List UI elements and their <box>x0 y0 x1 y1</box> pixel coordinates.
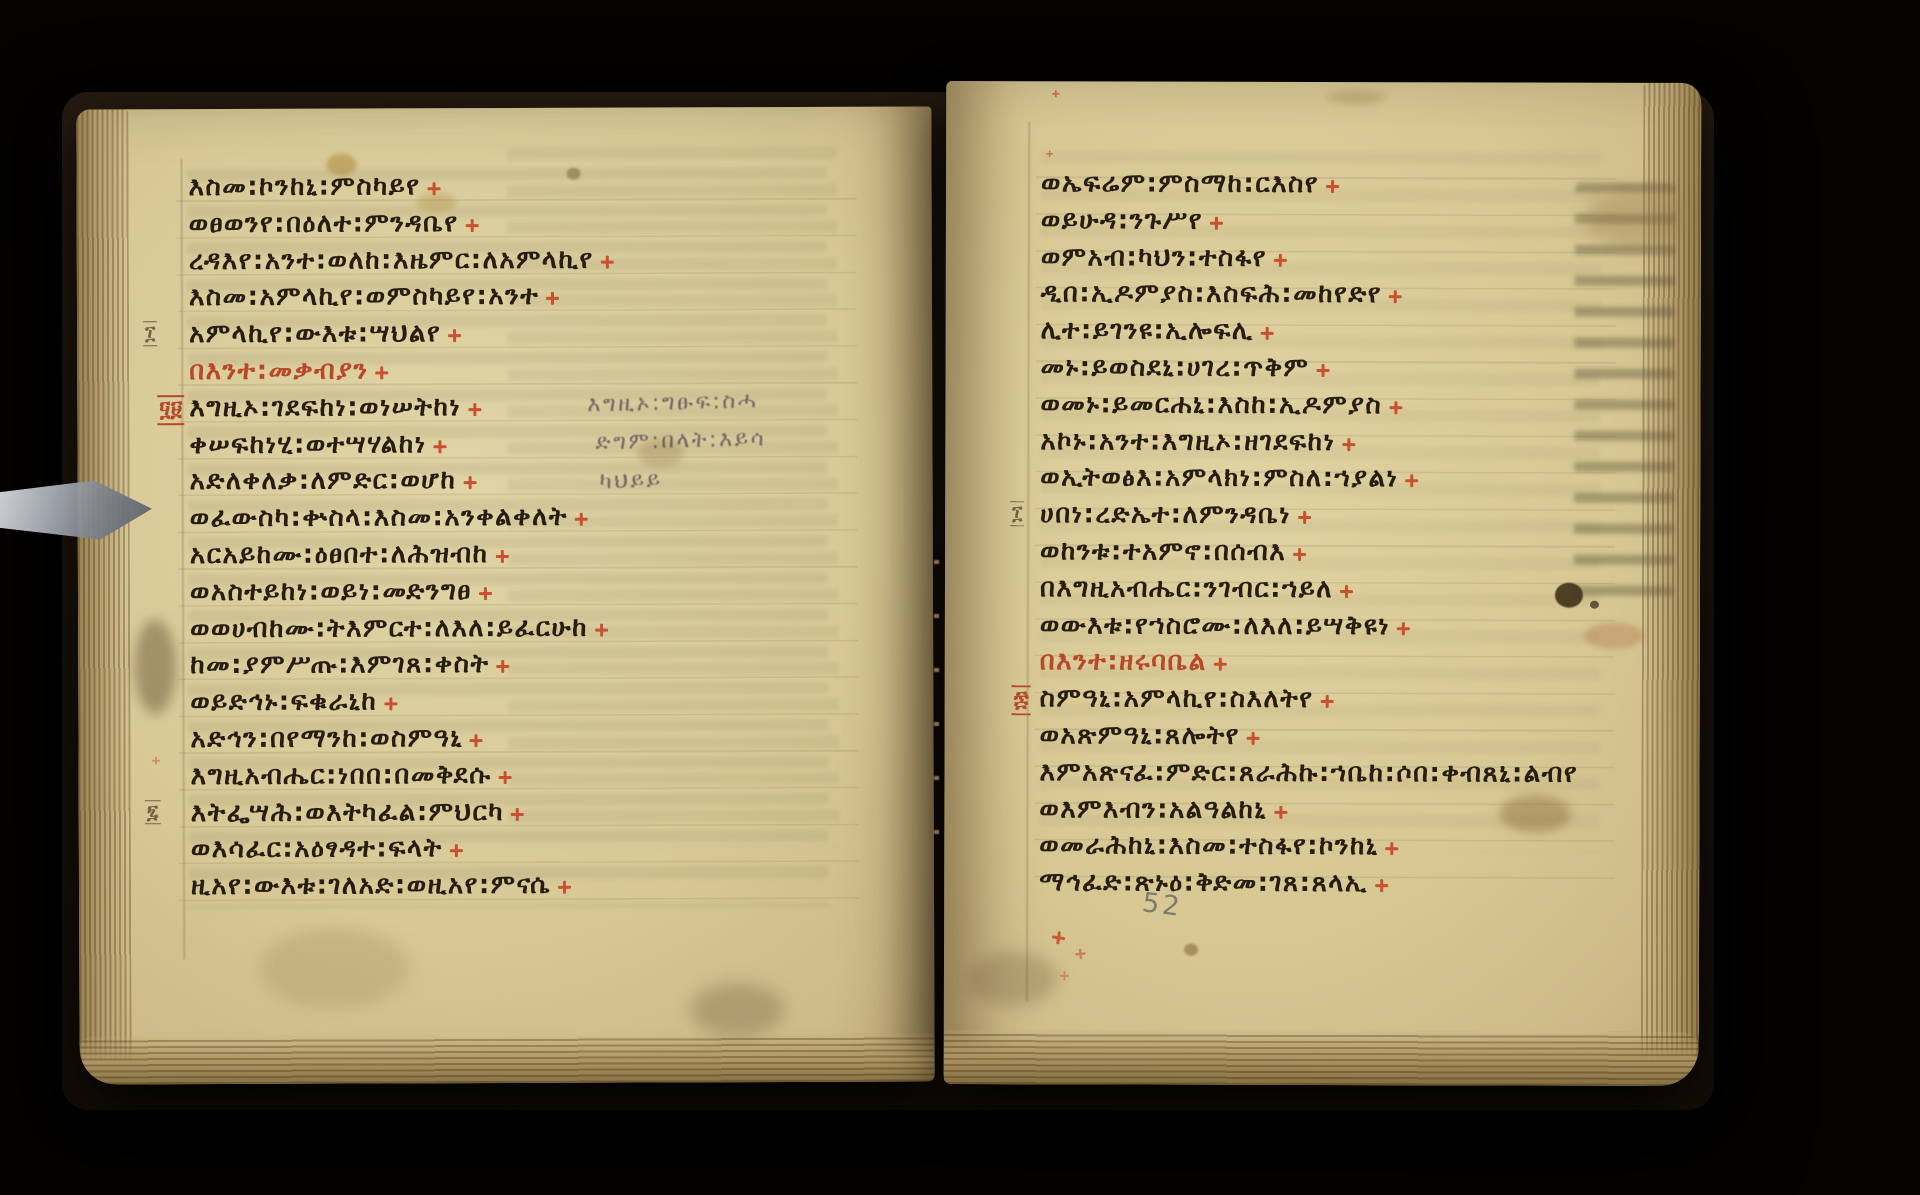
stain <box>689 982 784 1037</box>
geez-text: ወኤፍሬም:ምስማከ:ርእስየ <box>1041 168 1319 199</box>
verse-line: ወፀወንየ:በዕለተ:ምንዳቤየ <box>189 203 889 242</box>
section-mark-icon <box>499 771 512 784</box>
red-speck-mark <box>1052 90 1059 97</box>
verse-line: ሀበነ:ረድኤተ:ለምንዳቤነ <box>1040 496 1680 534</box>
geez-text: እስመ:ኮንከኒ:ምስካይየ <box>189 171 421 202</box>
section-mark-icon <box>575 513 588 526</box>
geez-text: ወአስተይከነ:ወይነ:መድንግፀ <box>190 576 472 607</box>
geez-text: እምአጽናፈ:ምድር:ጸራሕኩ:ኀቤከ:ሶበ:ቀብጸኒ:ልብየ <box>1039 757 1578 788</box>
quire-cross-marks <box>1046 931 1106 1001</box>
verse-line: ወመራሕከኒ:እስመ:ተስፋየ:ኮንከኒ <box>1039 828 1679 866</box>
section-mark-icon <box>1389 401 1402 414</box>
left-page: እስመ:ኮንከኒ:ምስካይየወፀወንየ:በዕለተ:ምንዳቤየረዳእየ:አንተ:ወ… <box>76 107 934 1085</box>
margin-verse-number: ፲ <box>1010 501 1024 526</box>
right-page-text-block: ወኤፍሬም:ምስማከ:ርእስየወይሁዳ:ንጉሥየወምአብ:ካህን:ተስፋየዲበ:… <box>1039 165 1681 903</box>
geez-text: አርአይከሙ:ዕፀበተ:ለሕዝብከ <box>190 539 489 570</box>
verse-line: እስመ:አምላኪየ:ወምስካይየ:አንተ <box>189 277 889 316</box>
geez-text: ወይሁዳ:ንጉሥየ <box>1041 205 1203 235</box>
section-mark-icon <box>1386 843 1399 856</box>
verse-line: ወውእቱ:የኀስሮሙ:ለእለ:ይሣቅዩነ <box>1040 607 1680 645</box>
geez-text: ወምአብ:ካህን:ተስፋየ <box>1041 242 1267 273</box>
verse-line: ወፈውስካ:ቍስላ:እስመ:አንቀልቀለት <box>190 498 890 537</box>
verse-line: አድኅን:በየማንከ:ወስምዓኒ <box>190 719 890 758</box>
verse-line: ሊተ:ይገንዩ:ኢሎፍሊ <box>1041 312 1681 350</box>
geez-text: አድኅን:በየማንከ:ወስምዓኒ <box>190 723 463 754</box>
geez-text: ሀበነ:ረድኤተ:ለምንዳቤነ <box>1040 499 1291 530</box>
section-mark-icon <box>466 219 479 232</box>
geez-text: መኑ:ይወስደኒ:ሀገረ:ጥቅም <box>1041 352 1310 383</box>
section-mark-icon <box>511 807 524 820</box>
verse-line: ማኅፈድ:ጽኑዕ:ቅድመ:ገጸ:ጸላኢ <box>1039 864 1679 902</box>
section-mark-icon <box>1389 291 1402 304</box>
verse-line: አምላኪየ:ውእቱ:ሣህልየ <box>189 314 889 353</box>
verse-line: እትፌሣሕ:ወእትካፈል:ምህርካ <box>191 792 891 831</box>
section-mark-icon <box>427 182 440 195</box>
geez-text: ወውእቱ:የኀስሮሙ:ለእለ:ይሣቅዩነ <box>1040 610 1390 641</box>
verse-line: እግዚአብሔር:ነበበ:በመቅደሱ <box>191 755 891 794</box>
geez-text: ስምዓኒ:አምላኪየ:ስእለትየ <box>1040 683 1314 714</box>
geez-text: ዚአየ:ውእቱ:ገለአድ:ወዚአየ:ምናሴ <box>191 870 551 901</box>
geez-text: ወኢትወፅእ:አምላክነ:ምስለ:ኀያልነ <box>1040 463 1398 494</box>
margin-ruling-line <box>180 159 185 959</box>
geez-text: ወፈውስካ:ቍስላ:እስመ:አንቀልቀለት <box>190 502 568 533</box>
margin-ruling-line <box>1026 121 1030 1001</box>
verse-line: ዲበ:ኢዶምያስ:እስፍሕ:መከየድየ <box>1041 276 1681 314</box>
verse-line: ወአጽምዓኒ:ጸሎትየ <box>1040 717 1680 755</box>
geez-text: ወወሀብከሙ:ትእምርተ:ለእለ:ይፈርሁከ <box>190 612 588 643</box>
section-mark-icon <box>546 292 559 305</box>
red-cross-mark <box>1060 971 1069 980</box>
geez-text: ሊተ:ይገንዩ:ኢሎፍሊ <box>1041 315 1254 346</box>
verse-line: ረዳእየ:አንተ:ወለከ:እዜምር:ለአምላኪየ <box>189 240 889 279</box>
verse-line: በእግዚአብሔር:ንገብር:ኀይለ <box>1040 570 1680 608</box>
margin-verse-number: ፲ <box>143 321 157 346</box>
verse-line: እስመ:ኮንከኒ:ምስካይየ <box>189 167 889 206</box>
section-mark-icon <box>1342 438 1355 451</box>
section-mark-icon <box>468 403 481 416</box>
verse-line: ወመኑ:ይመርሐኒ:እስከ:ኢዶምያስ <box>1040 386 1680 424</box>
section-mark-icon <box>1274 805 1287 818</box>
geez-text: ወእምእብን:አልዓልከኒ <box>1039 794 1267 825</box>
verse-line: መኑ:ይወስደኒ:ሀገረ:ጥቅም <box>1041 349 1681 387</box>
verse-line: ወምአብ:ካህን:ተስፋየ <box>1041 239 1681 277</box>
section-mark-icon <box>1214 658 1227 671</box>
section-mark-icon <box>1247 732 1260 745</box>
page-edge-stack <box>76 109 131 1084</box>
verse-line: አኮኑ:አንተ:እግዚኦ:ዘገደፍከነ <box>1040 423 1680 461</box>
margin-verse-number: ፷ <box>1012 685 1031 715</box>
binding-stitches <box>934 560 939 850</box>
verse-line: አርአይከሙ:ዕፀበተ:ለሕዝብከ <box>190 535 890 574</box>
section-mark-icon <box>595 623 608 636</box>
section-mark-icon <box>463 476 476 489</box>
section-mark-icon <box>1316 364 1329 377</box>
geez-text: እስመ:አምላኪየ:ወምስካይየ:አንተ <box>189 281 539 312</box>
geez-text: ረዳእየ:አንተ:ወለከ:እዜምር:ለአምላኪየ <box>189 244 594 275</box>
geez-text: አድለቀለቃ:ለምድር:ወሆከ <box>190 466 457 497</box>
section-mark-icon <box>601 255 614 268</box>
verse-line: ስምዓኒ:አምላኪየ:ስእለትየ <box>1040 680 1680 718</box>
geez-text: ወአጽምዓኒ:ጸሎትየ <box>1040 720 1240 751</box>
geez-text: ቀሠፍከነሂ:ወተሣሃልከነ <box>189 429 426 460</box>
geez-text: ወከንቱ:ተአምኖ:በሰብእ <box>1040 536 1286 567</box>
stain <box>1326 90 1386 104</box>
geez-text: ዲበ:ኢዶምያስ:እስፍሕ:መከየድየ <box>1041 279 1382 310</box>
pencil-folio-number: 52 <box>1140 887 1184 923</box>
red-speck-mark <box>1046 151 1053 158</box>
section-mark-icon <box>1261 327 1274 340</box>
cursive-gloss-note: ካህይይ <box>599 468 663 495</box>
page-edge-stack <box>944 1030 1699 1086</box>
verse-line: ወከንቱ:ተአምኖ:በሰብእ <box>1040 533 1680 571</box>
page-edge-stack <box>80 1034 935 1085</box>
section-mark-icon <box>1293 548 1306 561</box>
verse-line: ወአስተይከነ:ወይነ:መድንግፀ <box>190 571 890 610</box>
margin-verse-number: ፯ <box>145 800 161 825</box>
section-mark-icon <box>448 329 461 342</box>
geez-text: በእንተ:ዘሩባቤል <box>1040 647 1207 677</box>
verse-line: ወእሳፈር:አዕፃዳተ:ፍላት <box>191 829 891 868</box>
section-mark-icon <box>1298 511 1311 524</box>
verse-line: ወይድኅኑ:ፍቁራኒከ <box>190 682 890 721</box>
geez-text: ወመራሕከኒ:እስመ:ተስፋየ:ኮንከኒ <box>1039 831 1378 862</box>
verse-line: ወኤፍሬም:ምስማከ:ርእስየ <box>1041 165 1681 203</box>
section-mark-icon <box>1397 622 1410 635</box>
section-mark-icon <box>1340 585 1353 598</box>
section-mark-icon <box>1405 475 1418 488</box>
verse-line: አድለቀለቃ:ለምድር:ወሆከ <box>190 461 890 500</box>
section-mark-icon <box>384 698 397 711</box>
geez-text: ወፀወንየ:በዕለተ:ምንዳቤየ <box>189 208 459 239</box>
cursive-gloss-note: ድግም:በላት:እይሳ <box>595 426 766 455</box>
red-speck-mark <box>152 757 160 765</box>
geez-text: ወመኑ:ይመርሐኒ:እስከ:ኢዶምያስ <box>1040 389 1382 420</box>
verse-line: ወይሁዳ:ንጉሥየ <box>1041 202 1681 240</box>
section-mark-icon <box>1210 217 1223 230</box>
section-mark-icon <box>470 734 483 747</box>
section-mark-icon <box>1274 253 1287 266</box>
verse-line: ወእምእብን:አልዓልከኒ <box>1039 791 1679 829</box>
section-mark-icon <box>497 660 510 673</box>
left-page-text-block: እስመ:ኮንከኒ:ምስካይየወፀወንየ:በዕለተ:ምንዳቤየረዳእየ:አንተ:ወ… <box>189 167 892 905</box>
section-mark-icon <box>495 550 508 563</box>
geez-text: እትፌሣሕ:ወእትካፈል:ምህርካ <box>191 797 504 828</box>
geez-text: እግዚአብሔር:ነበበ:በመቅደሱ <box>191 760 492 791</box>
section-mark-icon <box>1326 180 1339 193</box>
geez-text: ወእሳፈር:አዕፃዳተ:ፍላት <box>191 834 443 865</box>
red-cross-mark <box>1051 930 1066 945</box>
geez-text: አምላኪየ:ውእቱ:ሣህልየ <box>189 318 441 349</box>
geez-text: አኮኑ:አንተ:እግዚኦ:ዘገደፍከነ <box>1040 426 1335 457</box>
section-mark-icon <box>1320 695 1333 708</box>
cursive-gloss-note: እግዚኦ:ግፁፍ:ስሓ <box>587 388 758 417</box>
verse-line: እግዚኦ:ገደፍከነ:ወነሠትከነ <box>189 387 889 426</box>
geez-text: ከመ:ያምሥጡ:እምገጸ:ቀስት <box>190 649 489 680</box>
stain <box>134 619 176 714</box>
manuscript-photo: እስመ:ኮንከኒ:ምስካይየወፀወንየ:በዕለተ:ምንዳቤየረዳእየ:አንተ:ወ… <box>0 0 1920 1195</box>
section-mark-icon <box>479 587 492 600</box>
geez-text: እግዚኦ:ገደፍከነ:ወነሠትከነ <box>189 392 461 423</box>
red-cross-mark <box>1075 948 1086 959</box>
geez-text: ወይድኅኑ:ፍቁራኒከ <box>190 687 377 718</box>
geez-text: በእንተ:መቃብያን <box>189 355 368 386</box>
verse-line: እምአጽናፈ:ምድር:ጸራሕኩ:ኀቤከ:ሶበ:ቀብጸኒ:ልብየ <box>1039 754 1679 792</box>
verse-line: ከመ:ያምሥጡ:እምገጸ:ቀስት <box>190 645 890 684</box>
section-mark-icon <box>558 881 571 894</box>
stain <box>968 951 1058 1006</box>
geez-text: ማኅፈድ:ጽኑዕ:ቅድመ:ገጸ:ጸላኢ <box>1039 867 1368 898</box>
rubric-title-line: በእንተ:ዘሩባቤል <box>1040 644 1680 682</box>
stain <box>259 928 409 1009</box>
section-mark-icon <box>376 366 389 379</box>
geez-text: በእግዚአብሔር:ንገብር:ኀይለ <box>1040 573 1333 604</box>
rubric-title-line: በእንተ:መቃብያን <box>189 351 889 390</box>
section-mark-icon <box>450 844 463 857</box>
margin-verse-number: ፶፱ <box>157 395 184 425</box>
right-page: ወኤፍሬም:ምስማከ:ርእስየወይሁዳ:ንጉሥየወምአብ:ካህን:ተስፋየዲበ:… <box>944 81 1702 1086</box>
verse-line: ወወሀብከሙ:ትእምርተ:ለእለ:ይፈርሁከ <box>190 608 890 647</box>
verse-line: ቀሠፍከነሂ:ወተሣሃልከነ <box>189 424 889 463</box>
section-mark-icon <box>1375 879 1388 892</box>
stain <box>1184 944 1198 956</box>
verse-line: ዚአየ:ውእቱ:ገለአድ:ወዚአየ:ምናሴ <box>191 866 891 905</box>
verse-line: ወኢትወፅእ:አምላክነ:ምስለ:ኀያልነ <box>1040 460 1680 498</box>
section-mark-icon <box>434 440 447 453</box>
